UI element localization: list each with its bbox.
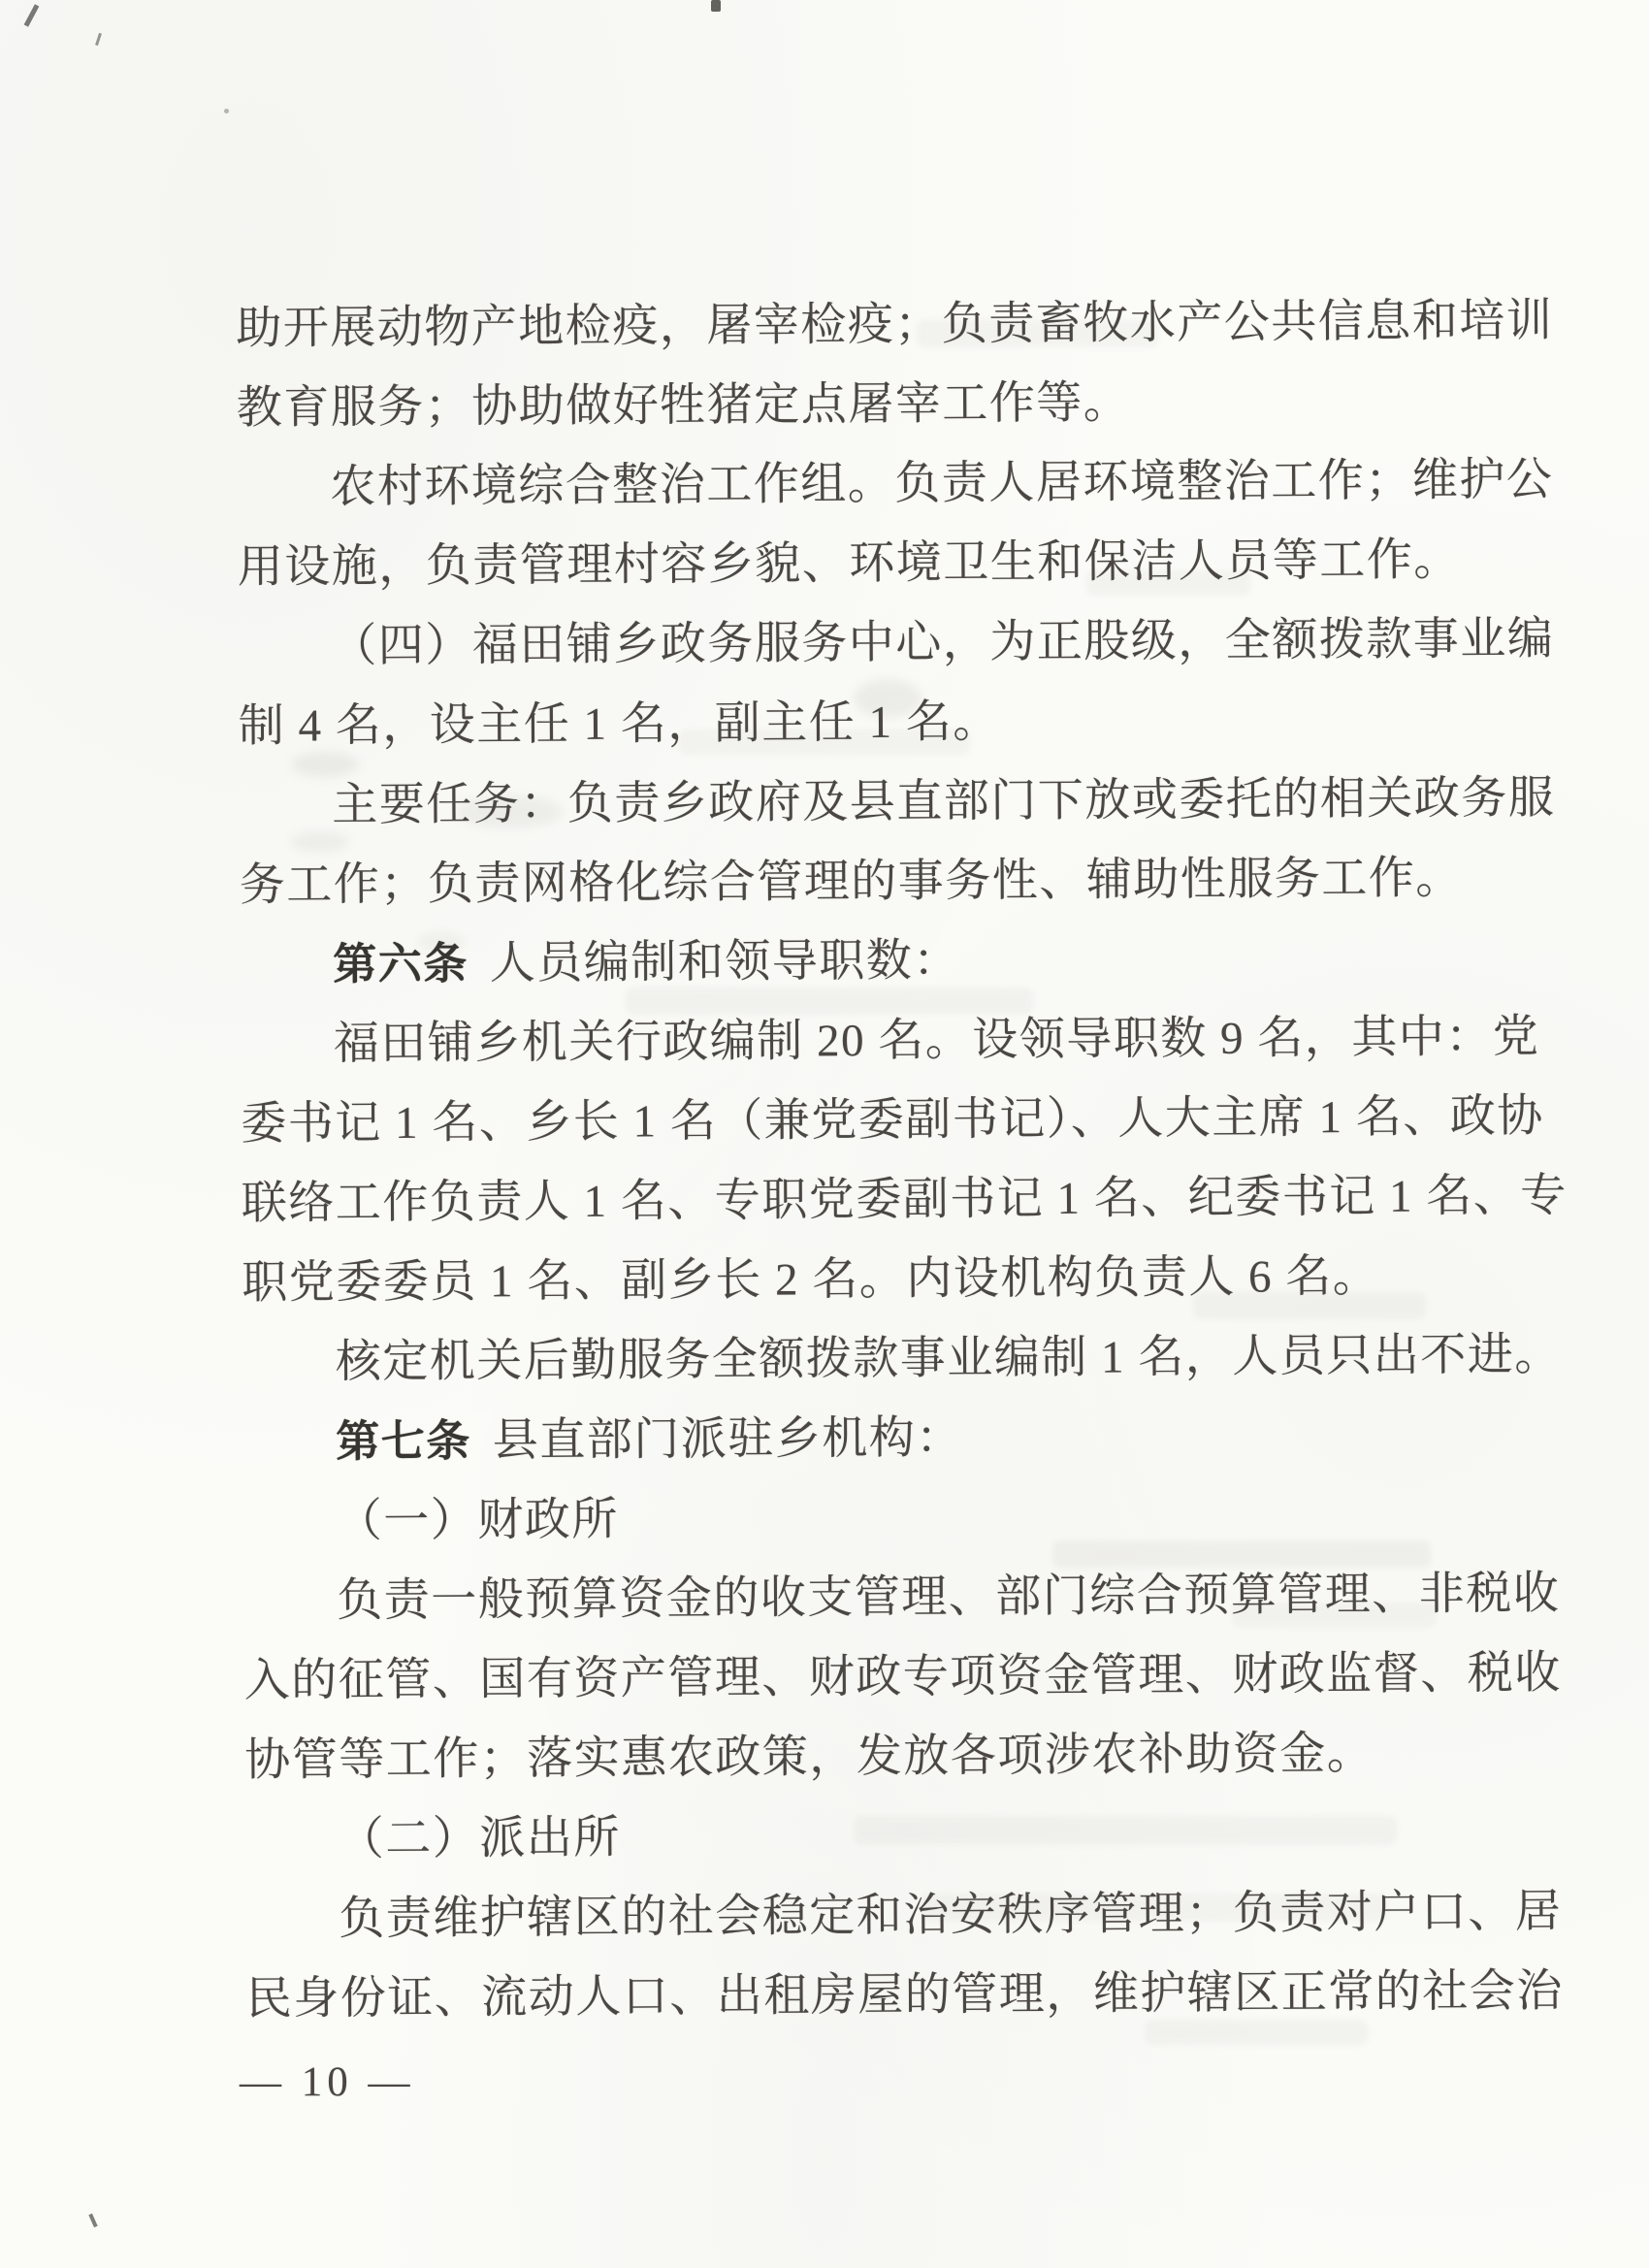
- text-line: 职党委委员 1 名、副乡长 2 名。内设机构负责人 6 名。: [242, 1236, 1493, 1323]
- text-line: 负责一般预算资金的收支管理、部门综合预算管理、非税收: [243, 1554, 1495, 1641]
- text-line: 务工作；负责网格化综合管理的事务性、辅助性服务工作。: [240, 838, 1491, 925]
- page-number: — 10 —: [240, 2058, 415, 2106]
- article-6-title: 人员编制和领导职数：: [490, 935, 960, 988]
- scan-artifact: [95, 33, 102, 46]
- scan-artifact: [711, 0, 721, 12]
- text-line: 制 4 名，设主任 1 名，副主任 1 名。: [239, 679, 1490, 766]
- text-line: 入的征管、国有资产管理、财政专项资金管理、财政监督、税收: [244, 1634, 1496, 1721]
- scan-artifact: [24, 4, 40, 27]
- text-line: 助开展动物产地检疫，屠宰检疫；负责畜牧水产公共信息和培训: [236, 281, 1487, 369]
- text-line: 福田铺乡机关行政编制 20 名。设领导职数 9 名，其中：党: [241, 997, 1492, 1085]
- text-line-article-6: 第六条人员编制和领导职数：: [240, 918, 1491, 1005]
- text-line: 农村环境综合整治工作组。负责人居环境整治工作；维护公: [237, 440, 1488, 528]
- text-line: 用设施，负责管理村容乡貌、环境卫生和保洁人员等工作。: [238, 520, 1489, 607]
- scan-artifact: [88, 2214, 97, 2227]
- article-7-term: 第七条: [336, 1416, 471, 1467]
- text-line: 民身份证、流动人口、出租房屋的管理，维护辖区正常的社会治: [246, 1952, 1498, 2039]
- scan-artifact: [224, 109, 229, 113]
- text-line: （四）福田铺乡政务服务中心，为正股级，全额拨款事业编: [238, 599, 1489, 687]
- article-6-term: 第六条: [333, 939, 469, 989]
- scanned-document-page: 助开展动物产地检疫，屠宰检疫；负责畜牧水产公共信息和培训 教育服务；协助做好牲猪…: [0, 0, 1649, 2268]
- text-line: 协管等工作；落实惠农政策，发放各项涉农补助资金。: [244, 1713, 1496, 1800]
- text-line: 教育服务；协助做好牲猪定点屠宰工作等。: [237, 361, 1488, 448]
- text-line: 主要任务：负责乡政府及县直部门下放或委托的相关政务服: [239, 759, 1490, 846]
- text-line: 委书记 1 名、乡长 1 名（兼党委副书记）、人大主席 1 名、政协: [241, 1077, 1492, 1164]
- text-line: 联络工作负责人 1 名、专职党委副书记 1 名、纪委书记 1 名、专: [242, 1156, 1493, 1244]
- text-line-article-7: 第七条县直部门派驻乡机构：: [242, 1395, 1494, 1482]
- text-line: （一）财政所: [243, 1474, 1495, 1562]
- article-7-title: 县直部门派驻乡机构：: [493, 1412, 963, 1466]
- text-line: （二）派出所: [245, 1793, 1497, 1880]
- text-line: 负责维护辖区的社会稳定和治安秩序管理；负责对户口、居: [245, 1872, 1497, 1960]
- document-body: 助开展动物产地检疫，屠宰检疫；负责畜牧水产公共信息和培训 教育服务；协助做好牲猪…: [236, 281, 1498, 2039]
- text-line: 核定机关后勤服务全额拨款事业编制 1 名，人员只出不进。: [242, 1315, 1494, 1403]
